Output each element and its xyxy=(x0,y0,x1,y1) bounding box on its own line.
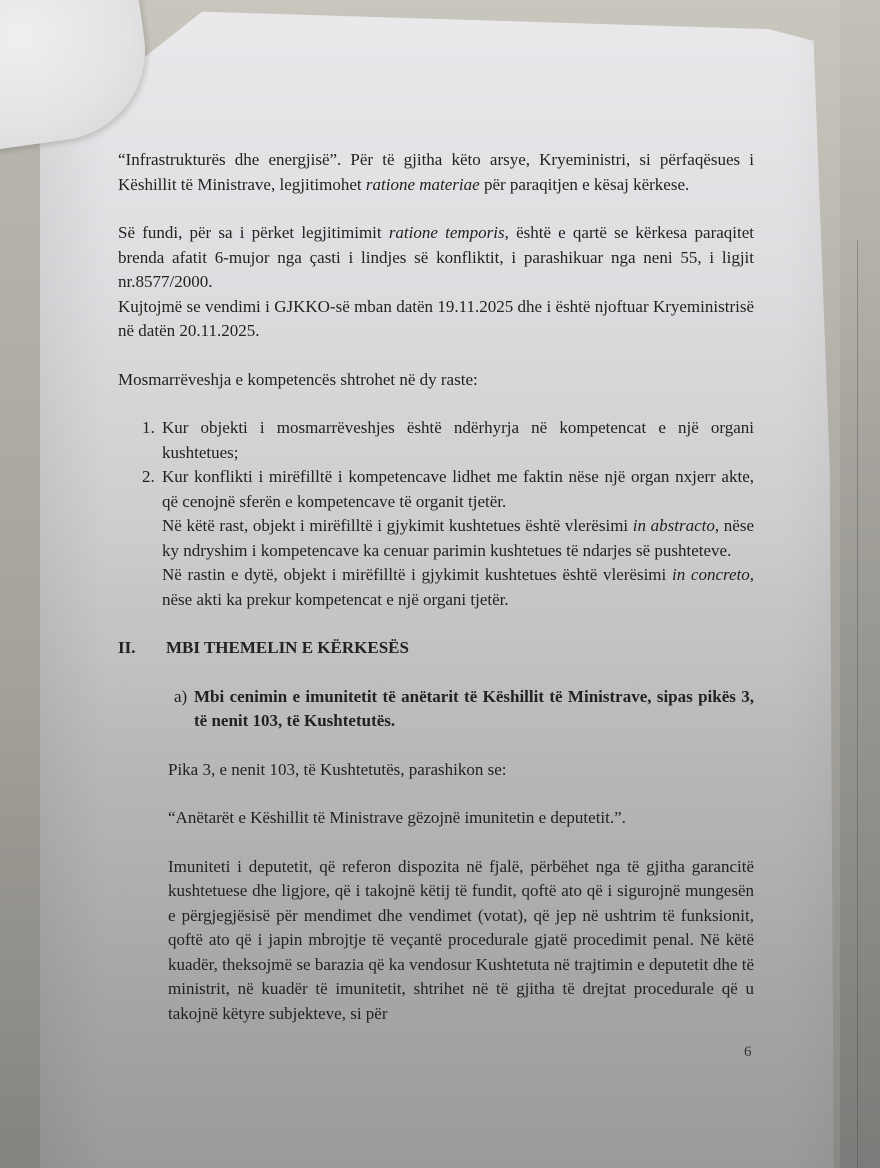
paragraph-case-abstract: Në këtë rast, objekt i mirëfilltë i gjyk… xyxy=(118,514,754,563)
list-item: 1. Kur objekti i mosmarrëveshjes është n… xyxy=(118,416,754,465)
page-number: 6 xyxy=(744,1044,752,1061)
background-surface-right xyxy=(840,0,880,1168)
text-run: Së fundi, për sa i përket legjitimimit xyxy=(118,223,389,242)
latin-term-italic: in concreto xyxy=(672,565,750,584)
latin-term-italic: ratione materiae xyxy=(366,175,480,194)
dispute-cases-list: 1. Kur objekti i mosmarrëveshjes është n… xyxy=(118,416,754,514)
constitution-quote: “Anëtarët e Këshillit të Ministrave gëzo… xyxy=(118,806,754,831)
section-title: MBI THEMELIN E KËRKESËS xyxy=(166,636,409,661)
list-number: 2. xyxy=(142,465,155,490)
text-run: Në rastin e dytë, objekt i mirëfilltë i … xyxy=(162,565,672,584)
paragraph-standing-ratione-temporis: Së fundi, për sa i përket legjitimimit r… xyxy=(118,221,754,295)
text-run: për paraqitjen e kësaj kërkese. xyxy=(480,175,690,194)
paragraph-immunity: Imuniteti i deputetit, që referon dispoz… xyxy=(118,855,754,1027)
page-fold-line xyxy=(857,240,858,1168)
text-run: Në këtë rast, objekt i mirëfilltë i gjyk… xyxy=(162,516,633,535)
paragraph-case-concrete: Në rastin e dytë, objekt i mirëfilltë i … xyxy=(118,563,754,612)
paragraph-article-reference: Pika 3, e nenit 103, të Kushtetutës, par… xyxy=(118,758,754,783)
list-item-text: Kur objekti i mosmarrëveshjes është ndër… xyxy=(162,418,754,462)
list-item: 2. Kur konflikti i mirëfilltë i kompeten… xyxy=(118,465,754,514)
latin-term-italic: ratione temporis xyxy=(389,223,505,242)
subsection-title: Mbi cenimin e imunitetit të anëtarit të … xyxy=(194,687,754,731)
list-number: 1. xyxy=(142,416,155,441)
background-surface-left xyxy=(0,130,42,1168)
subsection-letter: a) xyxy=(174,685,187,710)
paragraph-standing-ratione-materiae: “Infrastrukturës dhe energjisë”. Për të … xyxy=(118,148,754,197)
section-heading: II. MBI THEMELIN E KËRKESËS xyxy=(118,636,754,661)
list-item-text: Kur konflikti i mirëfilltë i kompetencav… xyxy=(162,467,754,511)
paragraph-decision-dates: Kujtojmë se vendimi i GJKKO-së mban datë… xyxy=(118,295,754,344)
section-number: II. xyxy=(118,636,166,661)
document-body: “Infrastrukturës dhe energjisë”. Për të … xyxy=(118,148,754,1026)
paragraph-dispute-intro: Mosmarrëveshja e kompetencës shtrohet në… xyxy=(118,368,754,393)
latin-term-italic: in abstracto xyxy=(633,516,715,535)
subsection-heading: a) Mbi cenimin e imunitetit të anëtarit … xyxy=(118,685,754,734)
